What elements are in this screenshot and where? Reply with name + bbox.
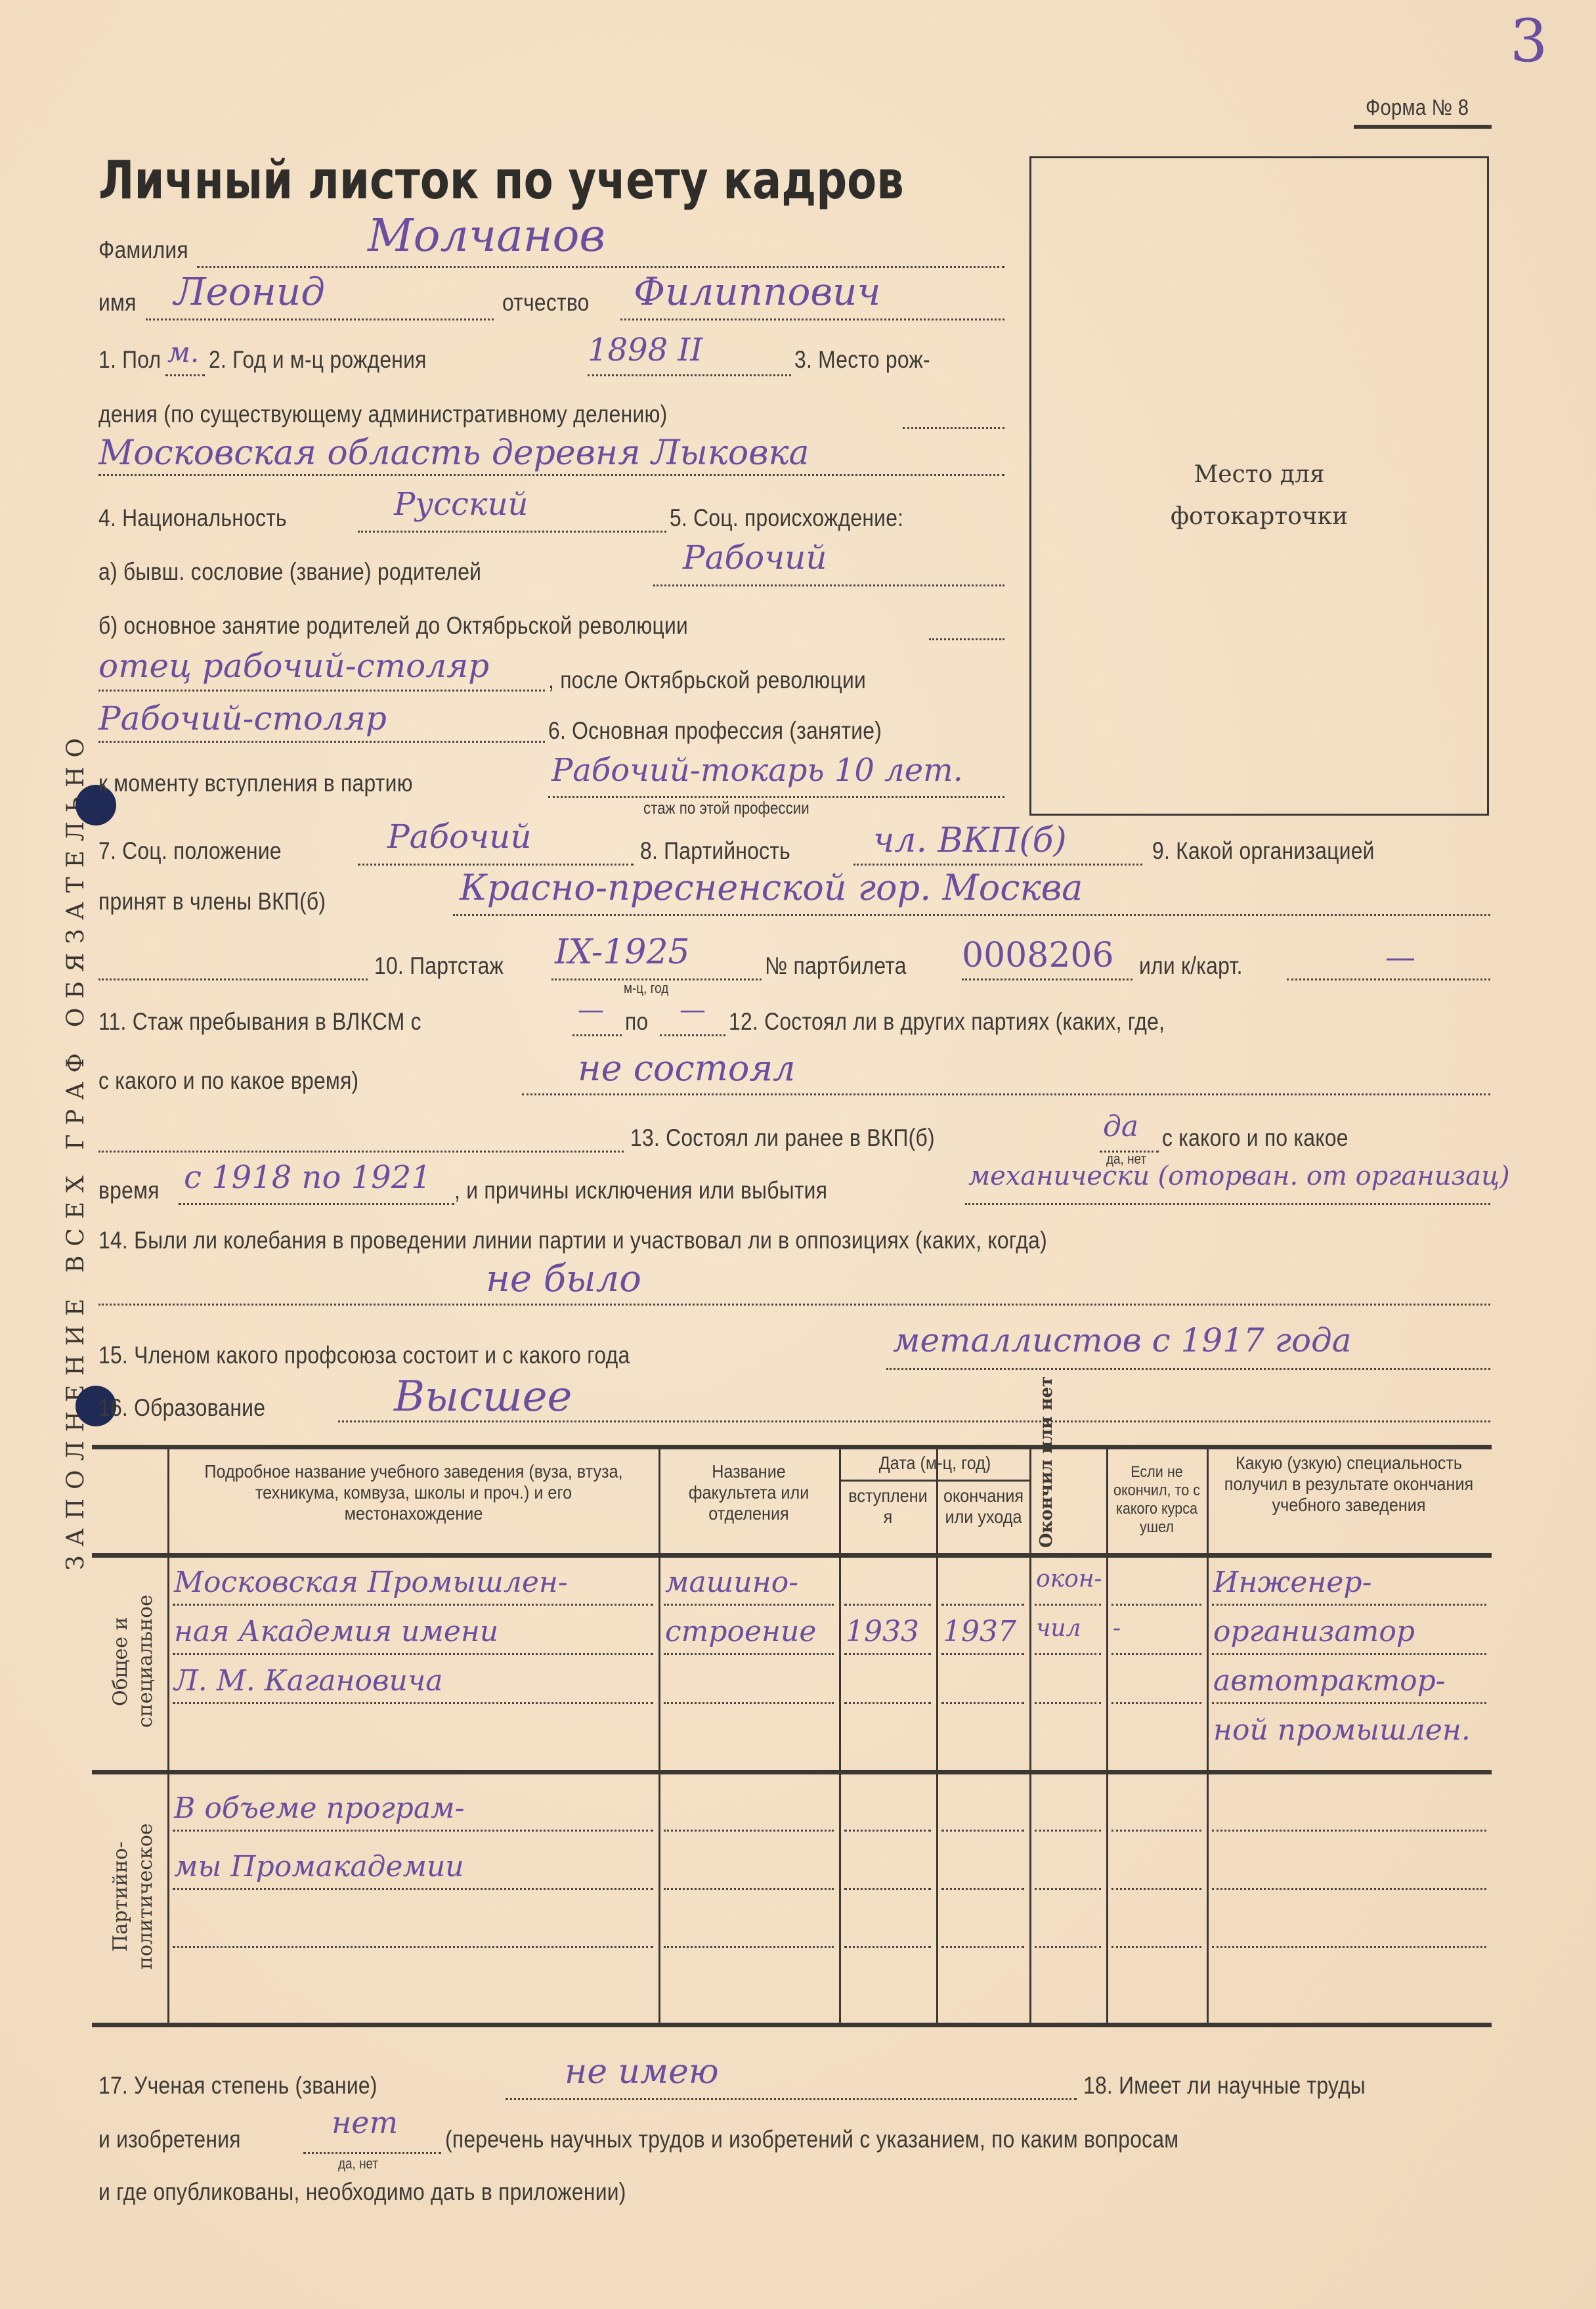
table-col-divider: [1029, 1558, 1031, 1770]
degree-value[interactable]: не имею: [565, 2052, 719, 2092]
table-col-divider: [839, 1449, 841, 1553]
row-guide: [173, 1830, 653, 1832]
sex-value[interactable]: м.: [167, 336, 199, 368]
page-number-handwritten: 3: [1510, 7, 1547, 76]
education-value[interactable]: Высшее: [394, 1373, 572, 1421]
previous-vkp-value[interactable]: да: [1103, 1110, 1138, 1143]
organization-value[interactable]: Красно-пресненской гор. Москва: [460, 867, 1083, 908]
komsomol-to[interactable]: —: [679, 995, 706, 1025]
row-guide: [1035, 1653, 1101, 1655]
table-col-divider: [1106, 1558, 1108, 1770]
table-header-date_end: окончания или ухода: [942, 1485, 1025, 1528]
row-guide: [664, 1830, 834, 1832]
previous-vkp-label: 13. Состоял ли ранее в ВКП(б): [630, 1124, 935, 1152]
row-guide: [941, 1888, 1024, 1890]
table-col-divider: [658, 1774, 660, 2023]
candidate-card-label: или к/карт.: [1139, 952, 1243, 980]
other-parties-label-cont: с какого и по какое время): [98, 1067, 358, 1095]
row-guide: [1212, 1604, 1486, 1606]
row-guide: [1212, 1946, 1486, 1948]
works-note-cont: и где опубликованы, необходимо дать в пр…: [98, 2178, 626, 2206]
row-guide: [664, 1604, 834, 1606]
education-label: 16. Образование: [98, 1394, 265, 1422]
table-cell-faculty[interactable]: машино-: [665, 1566, 836, 1599]
works-note: (перечень научных трудов и изобретений с…: [445, 2126, 1178, 2153]
table-cell-specialty[interactable]: автотрактор-: [1213, 1664, 1489, 1698]
party-tenure-sublabel: м-ц, год: [624, 980, 668, 997]
table-col-divider: [936, 1774, 938, 2023]
komsomol-label: 11. Стаж пребывания в ВЛКСМ с: [98, 1008, 421, 1036]
trade-union-value[interactable]: металлистов с 1917 года: [893, 1321, 1352, 1359]
row-guide: [1035, 1604, 1101, 1606]
previous-vkp-time-value[interactable]: с 1918 по 1921: [184, 1159, 431, 1196]
komsomol-from[interactable]: —: [578, 995, 604, 1025]
works-label-cont: и изобретения: [98, 2126, 241, 2153]
row-guide: [173, 1888, 653, 1890]
row-guide: [1111, 1604, 1201, 1606]
sex-label: 1. Пол: [98, 346, 161, 374]
row-guide: [173, 1604, 653, 1606]
row-guide: [1212, 1830, 1486, 1832]
table-cell-institution[interactable]: мы Промакадемии: [174, 1850, 656, 1883]
table-cell-specialty[interactable]: Инженер-: [1213, 1566, 1489, 1599]
row-guide: [1035, 1702, 1101, 1704]
row-guide: [173, 1946, 653, 1948]
table-col-divider: [1207, 1558, 1209, 1770]
table-cell-institution[interactable]: Московская Промышлен-: [174, 1566, 656, 1599]
table-header-institution: Подробное название учебного заведения (в…: [198, 1461, 630, 1524]
table-header-course_left: Если не окончил, то с какого курса ушел: [1113, 1463, 1200, 1537]
row-guide: [844, 1830, 931, 1832]
first-name-value[interactable]: Леонид: [174, 269, 325, 314]
table-cell-specialty[interactable]: ной промышлен.: [1213, 1713, 1489, 1747]
photo-box: Место для фотокарточки: [1029, 156, 1489, 816]
party-tenure-label: 10. Партстаж: [374, 952, 504, 980]
table-col-divider: [839, 1558, 841, 1770]
table-cell-course[interactable]: -: [1113, 1615, 1204, 1642]
table-col-divider: [167, 1774, 169, 2023]
previous-vkp-reason-label: , и причины исключения или выбытия: [454, 1177, 827, 1204]
table-cell-institution[interactable]: Л. М. Кагановича: [174, 1664, 656, 1698]
oppositions-label: 14. Были ли колебания в проведении линии…: [98, 1227, 1047, 1254]
organization-label-cont: принят в члены ВКП(б): [98, 888, 326, 915]
party-label: 8. Партийность: [640, 837, 790, 865]
row-guide: [664, 1653, 834, 1655]
other-parties-label: 12. Состоял ли в других партиях (каких, …: [729, 1008, 1165, 1036]
estate-label: а) бывш. сословие (звание) родителей: [98, 558, 481, 586]
table-rule: [92, 1553, 1492, 1558]
parents-after-label: , после Октябрьской революции: [548, 667, 866, 694]
row-guide: [941, 1653, 1024, 1655]
nationality-value[interactable]: Русский: [394, 486, 528, 523]
table-col-divider: [1207, 1449, 1209, 1553]
patronymic-value[interactable]: Филиппович: [634, 269, 881, 314]
table-col-divider: [1106, 1449, 1108, 1553]
table-cell-start[interactable]: 1933: [846, 1615, 934, 1648]
row-guide: [941, 1702, 1024, 1704]
previous-vkp-reason-value[interactable]: механически (оторван. от организац): [968, 1161, 1510, 1191]
works-label: 18. Имеет ли научные труды: [1083, 2072, 1366, 2100]
row-guide: [1035, 1946, 1101, 1948]
table-col-divider: [839, 1774, 841, 2023]
social-origin-label: 5. Соц. происхождение:: [670, 504, 903, 532]
table-col-divider: [658, 1449, 660, 1553]
table-cell-institution[interactable]: В объеме програм-: [174, 1792, 656, 1825]
table-col-divider: [167, 1558, 169, 1770]
row-guide: [941, 1830, 1024, 1832]
row-guide: [173, 1653, 653, 1655]
birthplace-label-cont: дения (по существующему административном…: [98, 401, 667, 428]
parents-before-value[interactable]: отец рабочий-столяр: [98, 647, 489, 685]
profession-value[interactable]: Рабочий-токарь 10 лет.: [551, 752, 963, 789]
degree-label: 17. Ученая степень (звание): [98, 2072, 377, 2100]
organization-label: 9. Какой организацией: [1152, 837, 1375, 865]
profession-sublabel: стаж по этой профессии: [643, 798, 809, 818]
row-guide: [1111, 1702, 1201, 1704]
table-rule: [92, 1770, 1492, 1774]
row-guide: [1035, 1830, 1101, 1832]
party-card-label: № партбилета: [765, 952, 907, 980]
row-guide: [664, 1946, 834, 1948]
nationality-label: 4. Национальность: [98, 504, 287, 532]
party-tenure-value[interactable]: IX-1925: [555, 933, 690, 972]
surname-value[interactable]: Молчанов: [368, 210, 605, 262]
table-header-specialty: Какую (узкую) специальность получил в ре…: [1223, 1453, 1475, 1516]
page-title: Личный листок по учету кадров: [98, 150, 904, 211]
row-guide: [844, 1653, 931, 1655]
row-guide: [173, 1702, 653, 1704]
party-card-value[interactable]: 0008206: [962, 936, 1114, 975]
row-guide: [1212, 1653, 1486, 1655]
table-header-finished: Окончил или нет: [1036, 1453, 1057, 1548]
row-guide: [1111, 1653, 1201, 1655]
date-group-underline: [839, 1480, 1029, 1482]
row-guide: [664, 1702, 834, 1704]
section-label: Партийно-политическое: [108, 1790, 161, 2003]
komsomol-to-label: по: [625, 1008, 648, 1036]
row-guide: [1035, 1888, 1101, 1890]
patronymic-label: отчество: [502, 289, 590, 317]
table-cell-finished[interactable]: окон-: [1036, 1566, 1104, 1593]
birthplace-value[interactable]: Московская область деревня Лыковка: [98, 433, 809, 473]
row-guide: [1111, 1946, 1201, 1948]
works-sublabel: да, нет: [338, 2155, 378, 2172]
row-guide: [941, 1604, 1024, 1606]
table-col-divider: [1029, 1774, 1031, 2023]
table-col-divider: [167, 1449, 169, 1553]
table-col-divider: [658, 1558, 660, 1770]
first-name-label: имя: [98, 289, 137, 317]
row-guide: [1111, 1888, 1201, 1890]
works-value[interactable]: нет: [332, 2105, 398, 2140]
oppositions-value[interactable]: не было: [486, 1258, 641, 1300]
table-header-faculty: Название факультета или отделения: [670, 1461, 827, 1524]
row-guide: [844, 1604, 931, 1606]
table-col-divider: [1029, 1449, 1031, 1553]
estate-value[interactable]: Рабочий: [683, 539, 827, 577]
table-rule: [92, 2023, 1492, 2027]
table-col-divider: [1106, 1774, 1108, 2023]
profession-label-cont: к моменту вступления в партию: [98, 770, 413, 797]
parents-after-value[interactable]: Рабочий-столяр: [98, 699, 387, 737]
table-col-divider: [936, 1558, 938, 1770]
previous-vkp-time-label: время: [98, 1177, 160, 1204]
table-cell-faculty[interactable]: строение: [665, 1615, 836, 1648]
table-rule: [92, 1445, 1492, 1449]
row-guide: [844, 1888, 931, 1890]
birth-value[interactable]: 1898 II: [588, 332, 702, 368]
row-guide: [1212, 1888, 1486, 1890]
trade-union-label: 15. Членом какого профсоюза состоит и с …: [98, 1342, 630, 1369]
table-cell-end[interactable]: 1937: [943, 1615, 1027, 1648]
form-number-underline: [1354, 125, 1492, 129]
birth-label: 2. Год и м-ц рождения: [209, 346, 427, 374]
form-number: Форма № 8: [1366, 95, 1469, 121]
table-cell-specialty[interactable]: организатор: [1213, 1615, 1489, 1648]
section-label: Общее и специальное: [108, 1573, 161, 1750]
table-header-date_start: вступления: [845, 1485, 931, 1528]
row-guide: [941, 1946, 1024, 1948]
previous-vkp-label-after: с какого и по какое: [1162, 1124, 1348, 1152]
table-col-divider: [1207, 1774, 1209, 2023]
row-guide: [844, 1702, 931, 1704]
profession-label: 6. Основная профессия (занятие): [548, 717, 882, 745]
social-status-label: 7. Соц. положение: [98, 837, 282, 865]
candidate-card-value[interactable]: —: [1385, 939, 1415, 975]
table-cell-institution[interactable]: ная Академия имени: [174, 1615, 656, 1648]
photo-label-line1: Место для: [1031, 454, 1487, 496]
parents-before-label: б) основное занятие родителей до Октябрь…: [98, 612, 688, 640]
table-cell-finished[interactable]: чил: [1036, 1615, 1104, 1642]
row-guide: [1212, 1702, 1486, 1704]
birthplace-label: 3. Место рож-: [794, 346, 930, 374]
row-guide: [664, 1888, 834, 1890]
row-guide: [1111, 1830, 1201, 1832]
other-parties-value[interactable]: не состоял: [578, 1047, 796, 1089]
document-page: 3 Форма № 8 Личный листок по учету кадро…: [0, 0, 1596, 2309]
surname-label: Фамилия: [98, 236, 188, 264]
table-header-date_group: Дата (м-ц, год): [850, 1453, 1020, 1474]
row-guide: [844, 1946, 931, 1948]
photo-label-line2: фотокарточки: [1031, 496, 1487, 538]
social-status-value[interactable]: Рабочий: [387, 818, 532, 856]
party-value[interactable]: чл. ВКП(б): [873, 821, 1067, 860]
